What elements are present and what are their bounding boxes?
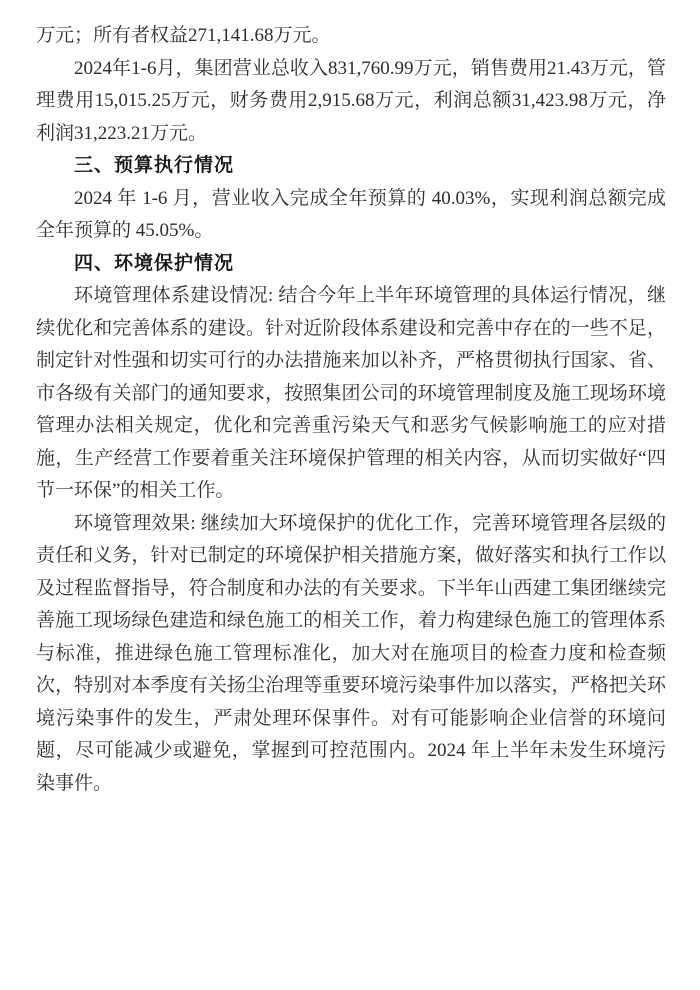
heading-environmental-protection: 四、环境保护情况 bbox=[36, 248, 666, 281]
paragraph-environmental-management-effect: 环境管理效果: 继续加大环境保护的优化工作，完善环境管理各层级的责任和义务，针对… bbox=[36, 508, 666, 801]
heading-budget-execution: 三、预算执行情况 bbox=[36, 150, 666, 183]
paragraph-owners-equity-continuation: 万元；所有者权益271,141.68万元。 bbox=[36, 20, 666, 53]
paragraph-financial-summary: 2024年1-6月，集团营业总收入831,760.99万元，销售费用21.43万… bbox=[36, 53, 666, 151]
paragraph-budget-execution: 2024 年 1-6 月，营业收入完成全年预算的 40.03%，实现利润总额完成… bbox=[36, 183, 666, 248]
paragraph-environmental-management-system: 环境管理体系建设情况: 结合今年上半年环境管理的具体运行情况，继续优化和完善体系… bbox=[36, 280, 666, 508]
report-page: 万元；所有者权益271,141.68万元。 2024年1-6月，集团营业总收入8… bbox=[0, 0, 700, 990]
